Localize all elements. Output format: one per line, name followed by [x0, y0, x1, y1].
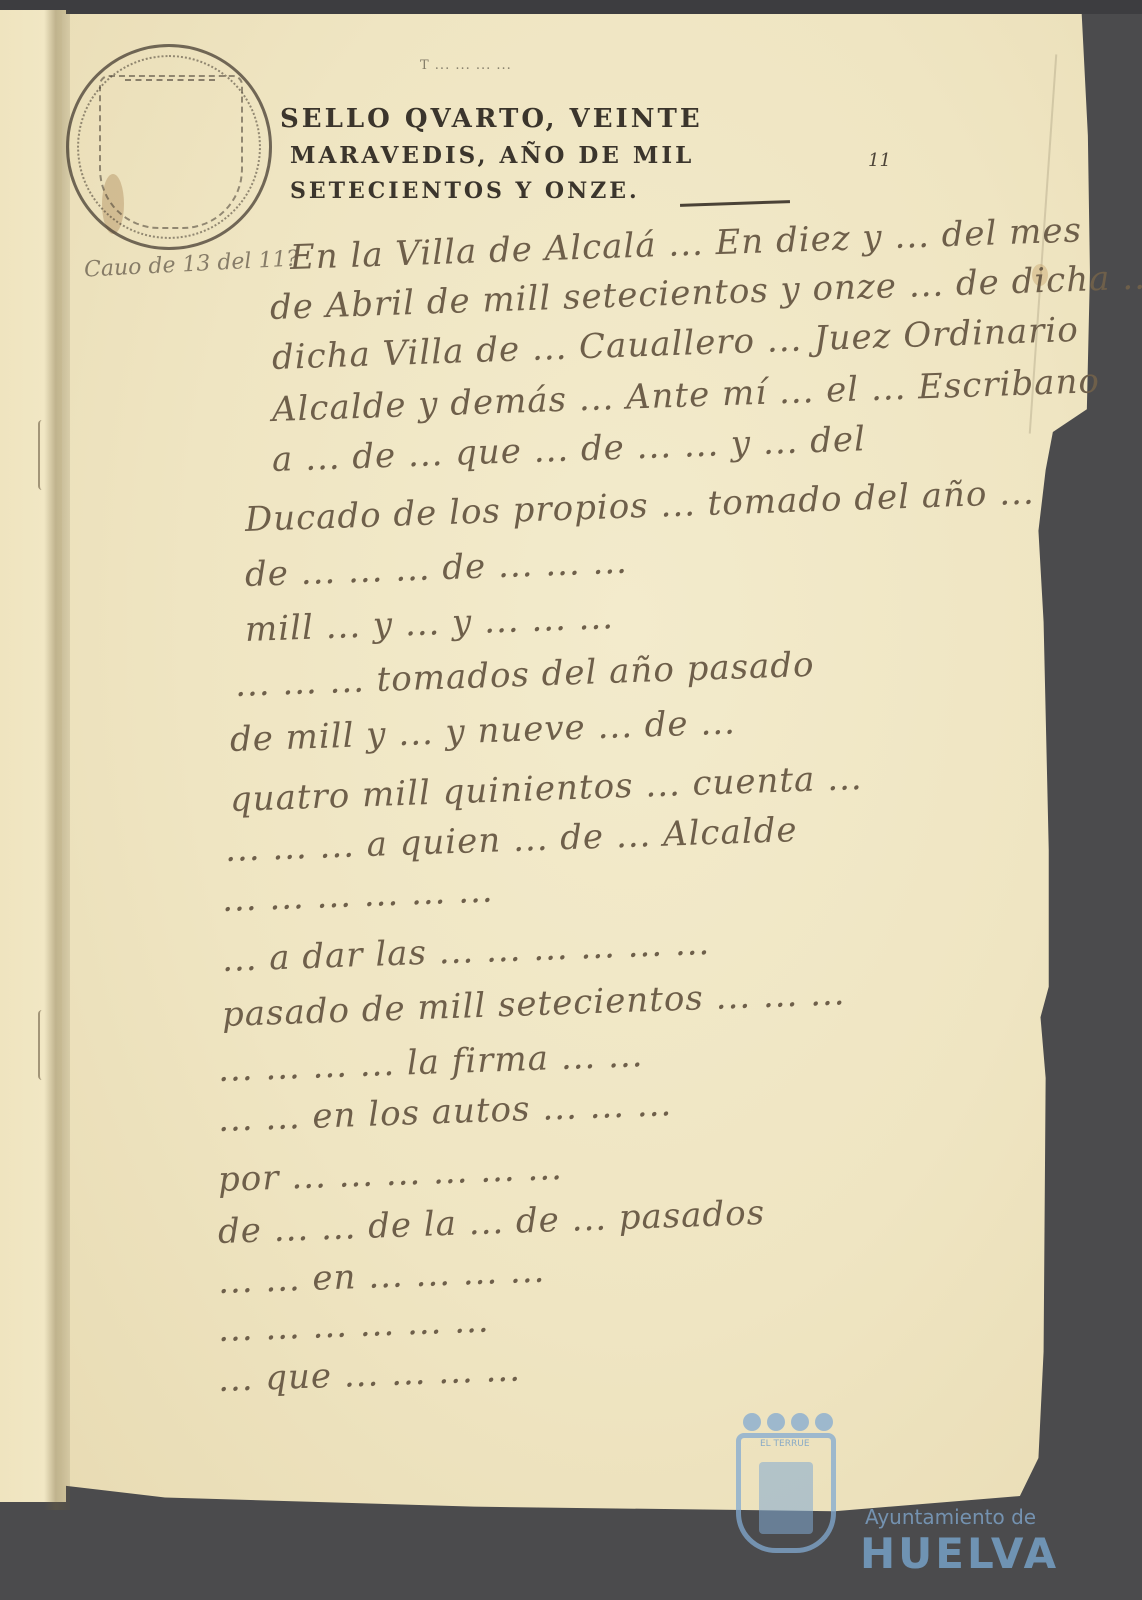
scan-top-edge: [0, 0, 1142, 14]
stamp-line-2: MARAVEDIS, AÑO DE MIL: [290, 142, 694, 169]
tree-tower-emblem-icon: [759, 1462, 813, 1534]
coat-of-arms-icon: [736, 1433, 836, 1553]
folio-number: 11: [868, 150, 891, 171]
binding-stitch: [38, 1010, 48, 1080]
stamp-line-1: SELLO QVARTO, VEINTE: [280, 104, 703, 134]
watermark-text-line1: Ayuntamiento de: [865, 1505, 1036, 1529]
stamp-line-3: SETECIENTOS Y ONZE.: [290, 178, 640, 204]
stamp-faded-line: T ... ... ... ...: [420, 58, 512, 73]
binding-stitch: [38, 420, 48, 490]
watermark-text-line2: HUELVA: [860, 1529, 1059, 1578]
seal-coat-of-arms-icon: [99, 75, 243, 229]
binding-gutter: [44, 10, 70, 1510]
crown-icon: [740, 1395, 836, 1431]
archive-watermark: EL TERRUE Ayuntamiento de HUELVA: [730, 1395, 1110, 1575]
watermark-motto: EL TERRUE: [760, 1439, 810, 1449]
royal-seal-stamp: [66, 44, 272, 250]
